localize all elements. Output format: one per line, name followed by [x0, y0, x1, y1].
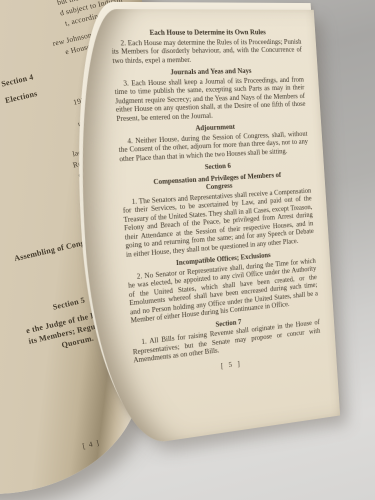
text-block: 3. Each House shall keep a Journal of it…	[114, 75, 307, 123]
text-block: Each House to Determine its Own Rules	[119, 28, 294, 37]
photo-background: ce of honor, Trust orbut the Party convi…	[0, 0, 375, 500]
text-block: 1. The Senators and Representatives shal…	[122, 186, 315, 259]
right-page: Each House to Determine its Own Rules2. …	[69, 9, 340, 451]
text-block: 2. Each House may determine the Rules of…	[111, 37, 303, 65]
right-page-text: Each House to Determine its Own Rules2. …	[69, 9, 340, 451]
